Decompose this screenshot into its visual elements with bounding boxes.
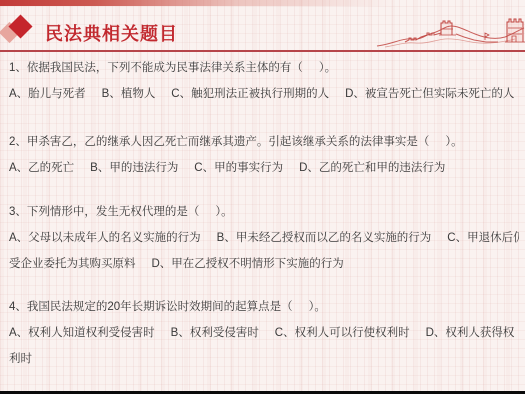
question-1: 1、依据我国民法，下列不能成为民事法律关系主体的有（ ）。 A、胎儿与死者 B、…: [9, 55, 519, 107]
question-4-stem: 4、我国民法规定的20年长期诉讼时效期间的起算点是（ ）。: [9, 294, 519, 320]
question-2-options: A、乙的死亡 B、甲的违法行为 C、甲的事实行为 D、乙的死亡和甲的违法行为: [9, 155, 519, 181]
great-wall-illustration: [375, 4, 525, 51]
slide-header: 民法典相关题目: [0, 0, 525, 52]
question-3-options-1: A、父母以未成年人的名义实施的行为 B、甲未经乙授权而以乙的名义实施的行为 C、…: [9, 225, 519, 251]
question-3: 3、下列情形中，发生无权代理的是（ ）。 A、父母以未成年人的名义实施的行为 B…: [9, 199, 519, 277]
page-title: 民法典相关题目: [45, 20, 178, 46]
question-3-stem: 3、下列情形中，发生无权代理的是（ ）。: [9, 199, 519, 225]
question-4-options-2: 利时: [9, 346, 519, 372]
question-2-stem: 2、甲杀害乙，乙的继承人因乙死亡而继承其遗产。引起该继承关系的法律事实是（ ）。: [9, 129, 519, 155]
question-1-options: A、胎儿与死者 B、植物人 C、触犯刑法正被执行刑期的人 D、被宣告死亡但实际未…: [9, 81, 519, 107]
question-1-stem: 1、依据我国民法，下列不能成为民事法律关系主体的有（ ）。: [9, 55, 519, 81]
question-4-options-1: A、权利人知道权利受侵害时 B、权利受侵害时 C、权利人可以行使权利时 D、权利…: [9, 320, 519, 346]
question-2: 2、甲杀害乙，乙的继承人因乙死亡而继承其遗产。引起该继承关系的法律事实是（ ）。…: [9, 129, 519, 181]
header-divider: [0, 50, 525, 52]
question-4: 4、我国民法规定的20年长期诉讼时效期间的起算点是（ ）。 A、权利人知道权利受…: [9, 294, 519, 372]
quiz-slide: 民法典相关题目 1、依据我国民法，下列不能成为民事法律关系主体的有（ ）。 A、…: [0, 0, 525, 394]
question-3-options-2: 受企业委托为其购买原料 D、甲在乙授权不明情形下实施的行为: [9, 251, 519, 277]
